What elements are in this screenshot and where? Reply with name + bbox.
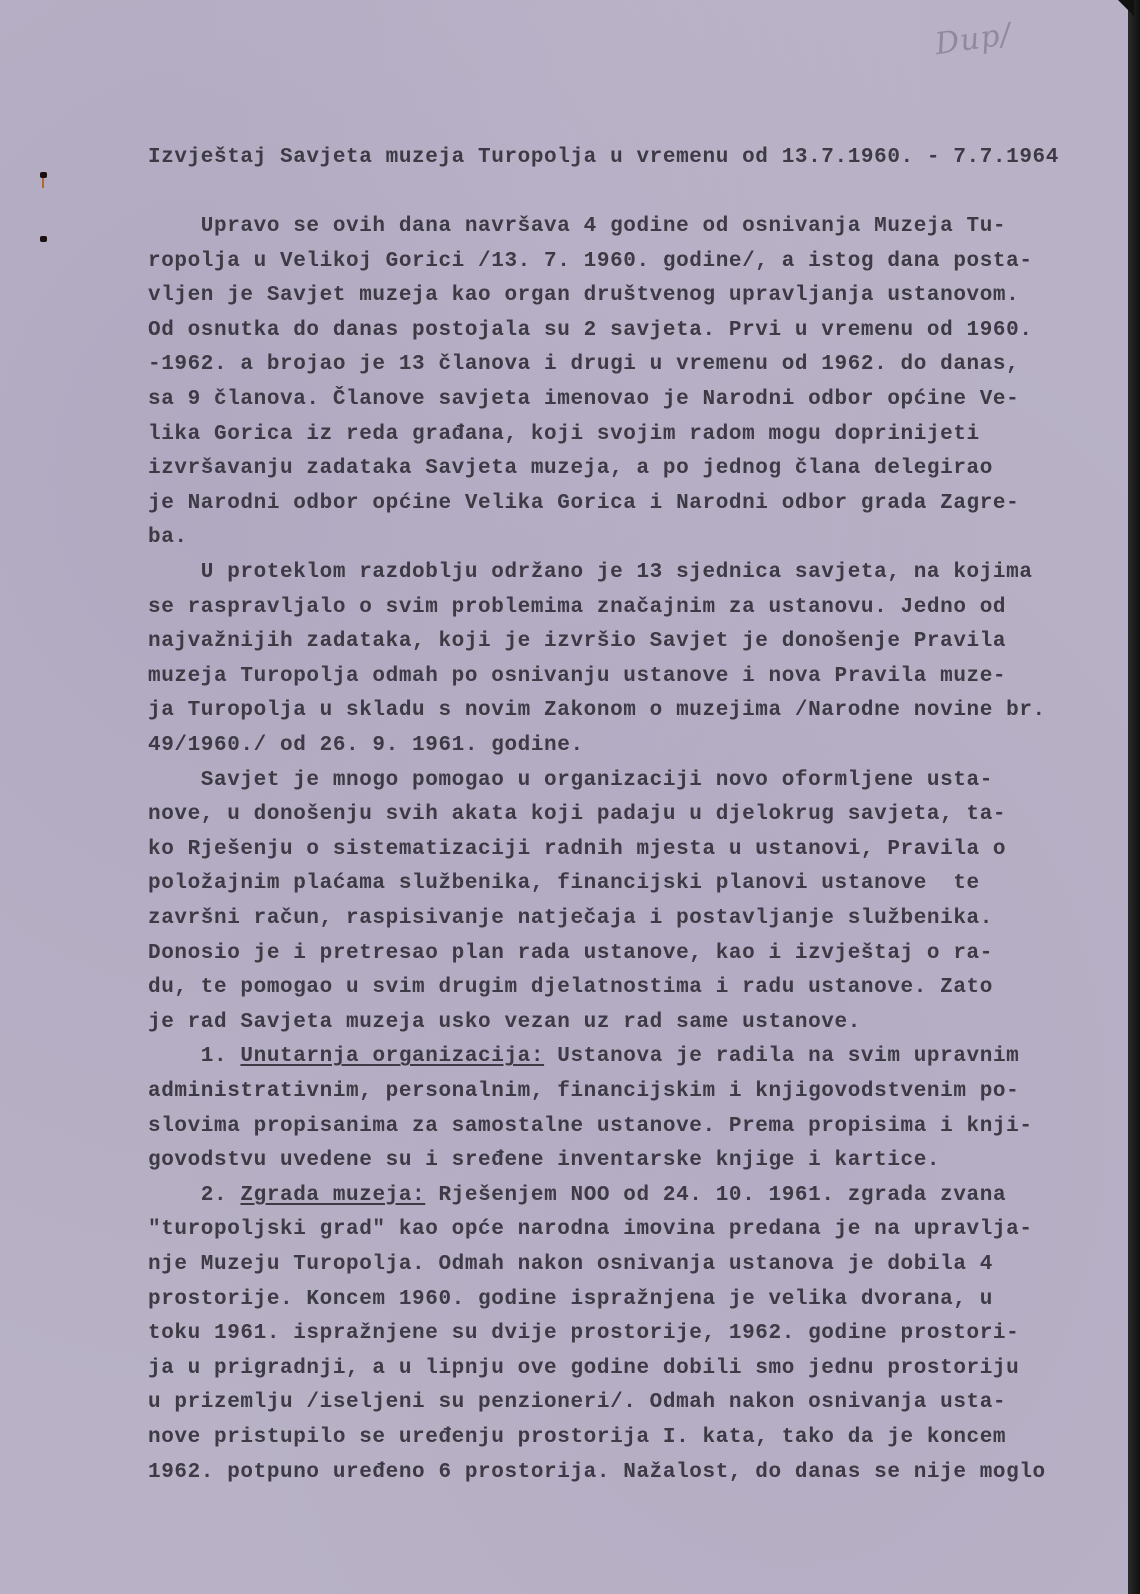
handwritten-annotation: Dup/ xyxy=(933,17,1014,62)
text-span: administrativnim, personalnim, financijs… xyxy=(148,1080,1019,1103)
text-line: govodstvu uvedene su i sređene inventars… xyxy=(148,1149,940,1172)
text-line: sa 9 članova. Članove savjeta imenovao j… xyxy=(148,388,1019,411)
text-line: 49/1960./ od 26. 9. 1961. godine. xyxy=(148,734,584,757)
text-span: Od osnutka do danas postojala su 2 savje… xyxy=(148,319,1033,342)
text-line: U proteklom razdoblju održano je 13 sjed… xyxy=(148,561,1033,584)
text-span: završni račun, raspisivanje natječaja i … xyxy=(148,907,993,930)
text-span: sa 9 članova. Članove savjeta imenovao j… xyxy=(148,388,1019,411)
text-line: je rad Savjeta muzeja usko vezan uz rad … xyxy=(148,1011,861,1034)
text-span: Rješenjem NOO od 24. 10. 1961. zgrada zv… xyxy=(425,1184,1006,1207)
text-line: nje Muzeju Turopolja. Odmah nakon osniva… xyxy=(148,1253,993,1276)
text-span: ba. xyxy=(148,526,188,549)
text-span: u prizemlju /iseljeni su penzioneri/. Od… xyxy=(148,1391,1006,1414)
page-edge-shadow xyxy=(1128,0,1140,1594)
text-span: toku 1961. ispražnjene su dvije prostori… xyxy=(148,1322,1019,1345)
staple-hole-mark xyxy=(40,236,47,242)
text-line: Donosio je i pretresao plan rada ustanov… xyxy=(148,942,993,965)
text-span: prostorije. Koncem 1960. godine ispražnj… xyxy=(148,1288,993,1311)
text-span: Savjet je mnogo pomogao u organizaciji n… xyxy=(148,769,993,792)
text-span: Ustanova je radila na svim upravnim xyxy=(544,1045,1019,1068)
text-span: ropolja u Velikoj Gorici /13. 7. 1960. g… xyxy=(148,250,1033,273)
text-span: je Narodni odbor općine Velika Gorica i … xyxy=(148,492,1019,515)
text-span: du, te pomogao u svim drugim djelatnosti… xyxy=(148,976,993,999)
text-span: nove, u donošenju svih akata koji padaju… xyxy=(148,803,1006,826)
text-line: prostorije. Koncem 1960. godine ispražnj… xyxy=(148,1288,993,1311)
text-span: ja Turopolja u skladu s novim Zakonom o … xyxy=(148,699,1046,722)
text-line: nove pristupilo se uređenju prostorija I… xyxy=(148,1426,1006,1449)
document-page: Dup/ Izvještaj Savjeta muzeja Turopolja … xyxy=(0,0,1128,1594)
text-line: administrativnim, personalnim, financijs… xyxy=(148,1080,1019,1103)
text-line: "turopoljski grad" kao opće narodna imov… xyxy=(148,1218,1033,1241)
document-title: Izvještaj Savjeta muzeja Turopolja u vre… xyxy=(148,146,1059,169)
text-line: vljen je Savjet muzeja kao organ društve… xyxy=(148,284,1019,307)
text-span: 1962. potpuno uređeno 6 prostorija. Naža… xyxy=(148,1461,1046,1484)
text-line: ko Rješenju o sistematizaciji radnih mje… xyxy=(148,838,1006,861)
text-line: ja u prigradnji, a u lipnju ove godine d… xyxy=(148,1357,1019,1380)
text-span: Upravo se ovih dana navršava 4 godine od… xyxy=(148,215,1006,238)
text-line: 1962. potpuno uređeno 6 prostorija. Naža… xyxy=(148,1461,1046,1484)
text-span: se raspravljalo o svim problemima značaj… xyxy=(148,596,1006,619)
text-span: muzeja Turopolja odmah po osnivanju usta… xyxy=(148,665,1006,688)
text-span: ko Rješenju o sistematizaciji radnih mje… xyxy=(148,838,1006,861)
text-line: -1962. a brojao je 13 članova i drugi u … xyxy=(148,353,1019,376)
text-line: ba. xyxy=(148,526,188,549)
text-line: Od osnutka do danas postojala su 2 savje… xyxy=(148,319,1033,342)
text-line: nove, u donošenju svih akata koji padaju… xyxy=(148,803,1006,826)
text-line: ja Turopolja u skladu s novim Zakonom o … xyxy=(148,699,1046,722)
section-first-line: 1. Unutarnja organizacija: Ustanova je r… xyxy=(148,1045,1019,1068)
text-span: ja u prigradnji, a u lipnju ove godine d… xyxy=(148,1357,1019,1380)
text-line: du, te pomogao u svim drugim djelatnosti… xyxy=(148,976,993,999)
text-span: 49/1960./ od 26. 9. 1961. godine. xyxy=(148,734,584,757)
text-line: muzeja Turopolja odmah po osnivanju usta… xyxy=(148,665,1006,688)
text-span: Donosio je i pretresao plan rada ustanov… xyxy=(148,942,993,965)
text-span: 1. xyxy=(148,1045,240,1068)
text-span: položajnim plaćama službenika, financijs… xyxy=(148,872,980,895)
text-line: slovima propisanima za samostalne ustano… xyxy=(148,1115,1033,1138)
text-line: Upravo se ovih dana navršava 4 godine od… xyxy=(148,215,1006,238)
staple-hole-mark xyxy=(40,172,47,178)
page-corner xyxy=(1118,0,1134,16)
section-heading: Unutarnja organizacija: xyxy=(240,1045,544,1068)
text-line: toku 1961. ispražnjene su dvije prostori… xyxy=(148,1322,1019,1345)
text-span: vljen je Savjet muzeja kao organ društve… xyxy=(148,284,1019,307)
text-span: -1962. a brojao je 13 članova i drugi u … xyxy=(148,353,1019,376)
text-span: nje Muzeju Turopolja. Odmah nakon osniva… xyxy=(148,1253,993,1276)
text-span: lika Gorica iz reda građana, koji svojim… xyxy=(148,423,980,446)
text-line: položajnim plaćama službenika, financijs… xyxy=(148,872,980,895)
section-first-line: 2. Zgrada muzeja: Rješenjem NOO od 24. 1… xyxy=(148,1184,1006,1207)
text-line: ropolja u Velikoj Gorici /13. 7. 1960. g… xyxy=(148,250,1033,273)
text-span: izvršavanju zadataka Savjeta muzeja, a p… xyxy=(148,457,993,480)
text-line: Savjet je mnogo pomogao u organizaciji n… xyxy=(148,769,993,792)
section-heading: Zgrada muzeja: xyxy=(240,1184,425,1207)
text-span: je rad Savjeta muzeja usko vezan uz rad … xyxy=(148,1011,861,1034)
text-span: najvažnijih zadataka, koji je izvršio Sa… xyxy=(148,630,1006,653)
text-line: u prizemlju /iseljeni su penzioneri/. Od… xyxy=(148,1391,1006,1414)
text-span: U proteklom razdoblju održano je 13 sjed… xyxy=(148,561,1033,584)
text-span: slovima propisanima za samostalne ustano… xyxy=(148,1115,1033,1138)
text-line: je Narodni odbor općine Velika Gorica i … xyxy=(148,492,1019,515)
text-span: "turopoljski grad" kao opće narodna imov… xyxy=(148,1218,1033,1241)
text-line: najvažnijih zadataka, koji je izvršio Sa… xyxy=(148,630,1006,653)
text-line: izvršavanju zadataka Savjeta muzeja, a p… xyxy=(148,457,993,480)
text-line: završni račun, raspisivanje natječaja i … xyxy=(148,907,993,930)
text-line: lika Gorica iz reda građana, koji svojim… xyxy=(148,423,980,446)
text-span: govodstvu uvedene su i sređene inventars… xyxy=(148,1149,940,1172)
text-line: se raspravljalo o svim problemima značaj… xyxy=(148,596,1006,619)
text-span: 2. xyxy=(148,1184,240,1207)
text-span: nove pristupilo se uređenju prostorija I… xyxy=(148,1426,1006,1449)
